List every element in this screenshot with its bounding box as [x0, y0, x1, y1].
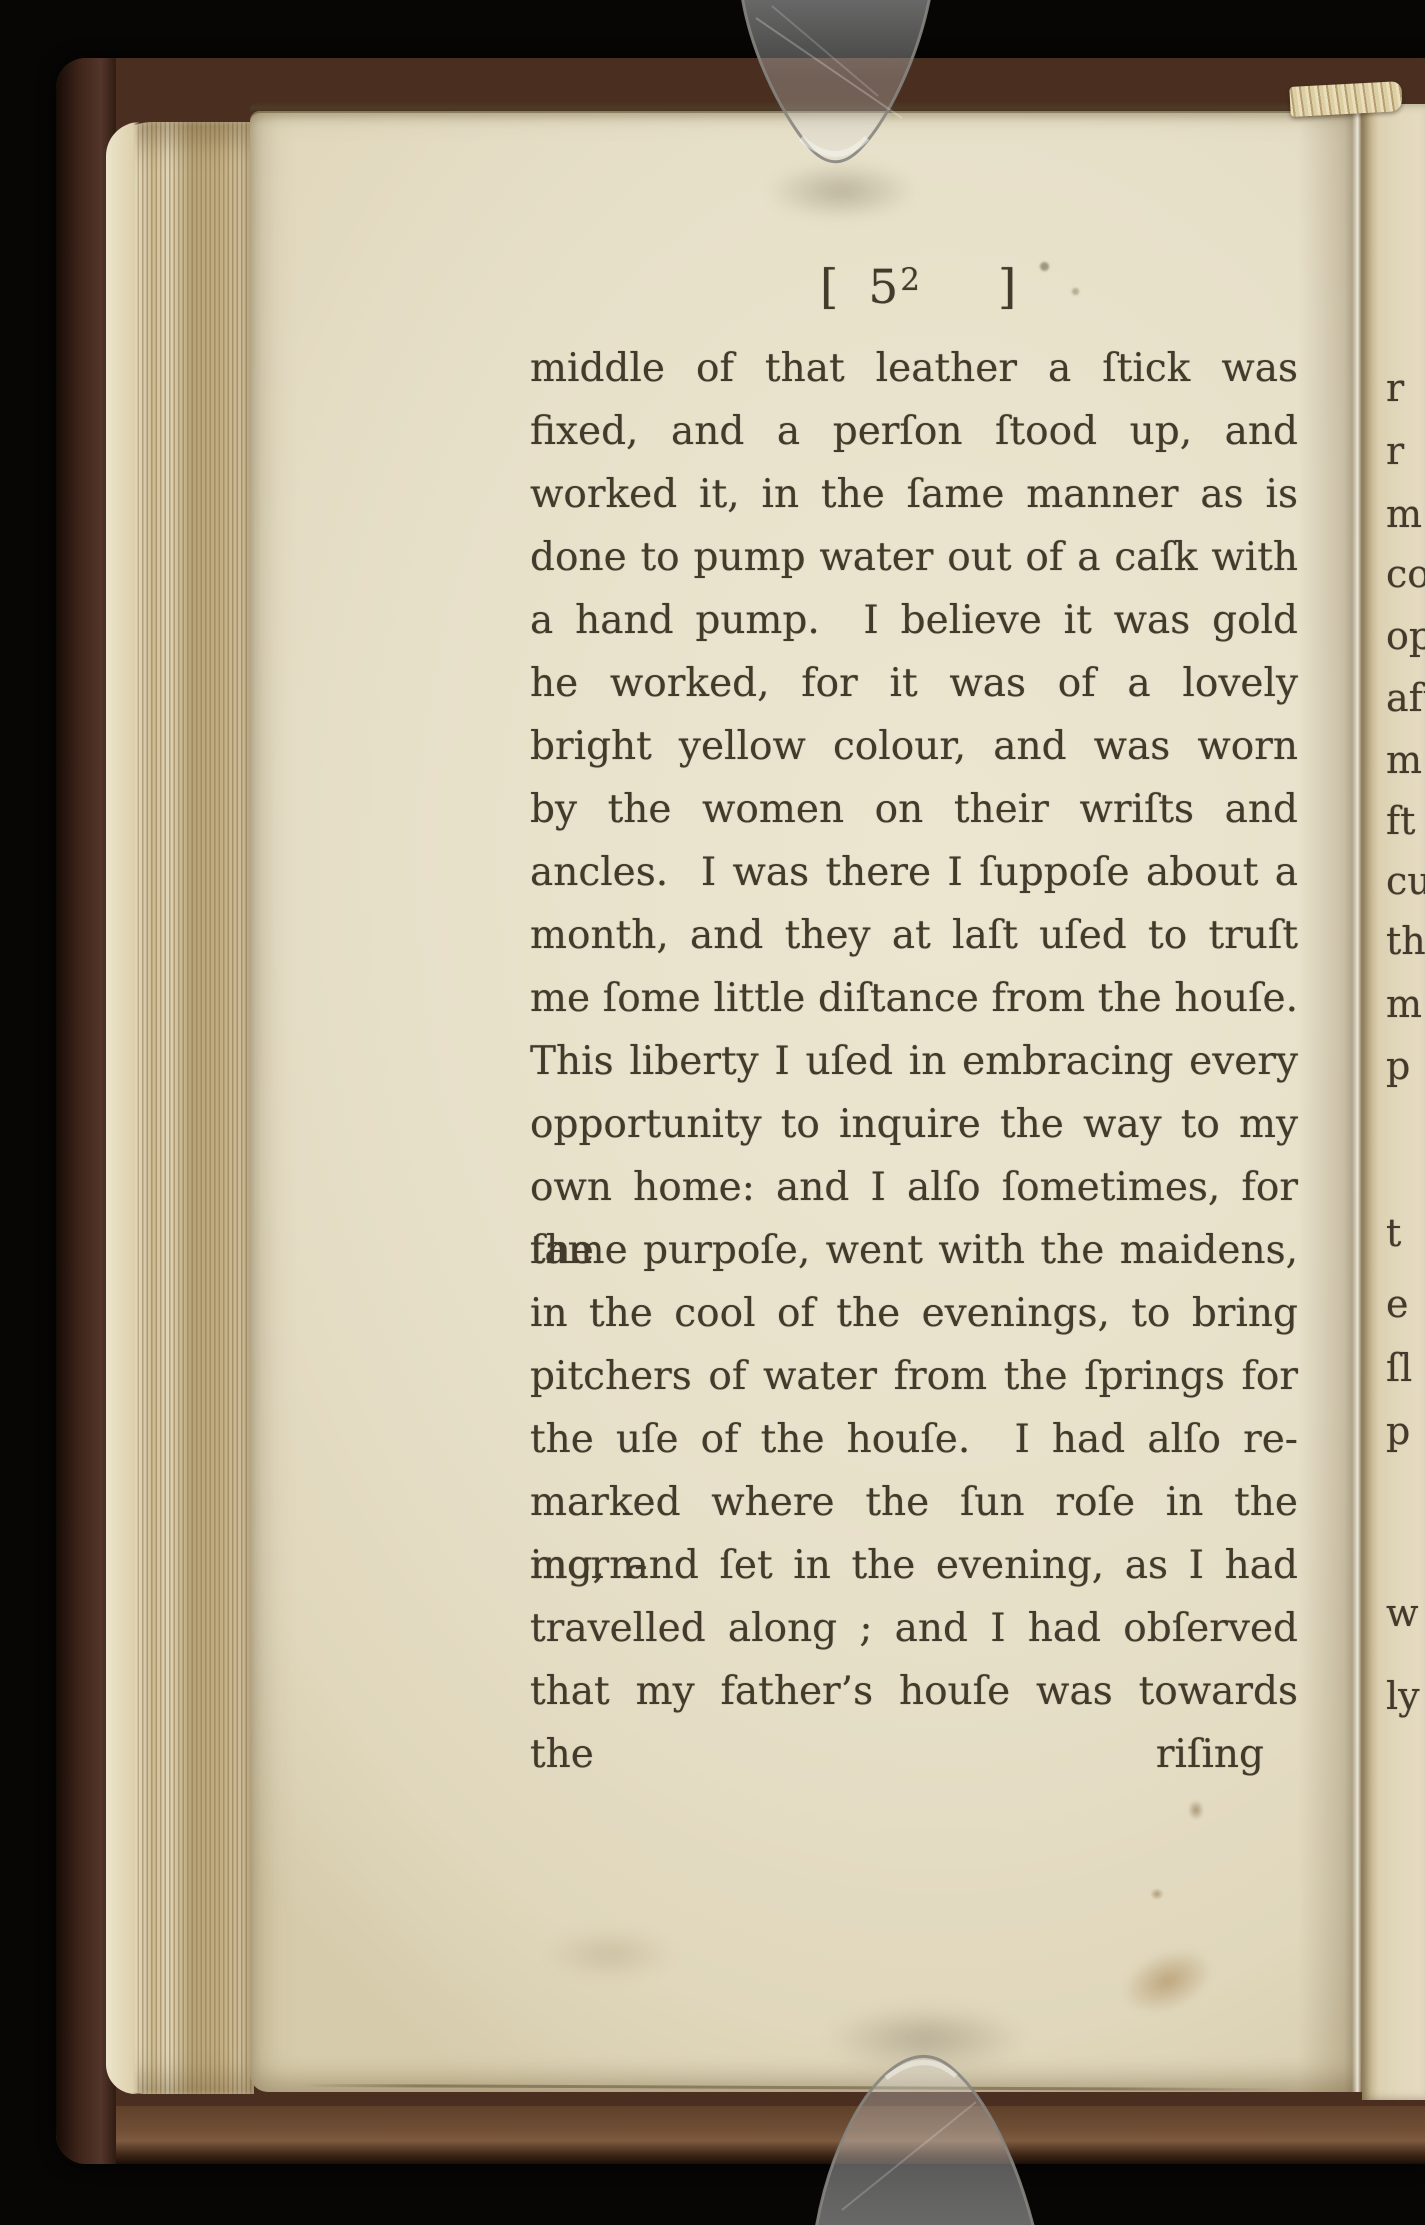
text-line: middle of that leather a ſtick was	[530, 337, 1298, 400]
text-line: worked it, in the ſame manner as is	[530, 463, 1298, 526]
text-line: he worked, for it was of a lovely	[530, 652, 1298, 715]
ink-speck	[1072, 288, 1079, 295]
facing-text-fragment: aft	[1386, 676, 1425, 720]
facing-text-fragment: m	[1386, 492, 1422, 536]
text-line: marked where the ſun roſe in the morn-	[530, 1471, 1298, 1534]
facing-text-fragment: ſl	[1386, 1346, 1412, 1390]
header-open-bracket: [	[820, 260, 838, 315]
strap-shadow	[766, 162, 916, 220]
paper-stain	[545, 1928, 675, 1980]
text-line: ancles. I was there I ſuppoſe about a	[530, 841, 1298, 904]
facing-text-fragment: p	[1386, 1044, 1410, 1088]
page-stack-fore-edge	[106, 122, 254, 2094]
paper-stain	[1150, 1888, 1164, 1900]
text-line: the uſe of the houſe. I had alſo re-	[530, 1408, 1298, 1471]
text-line: travelled along ; and I had obſerved	[530, 1597, 1298, 1660]
text-line: done to pump water out of a caſk with	[530, 526, 1298, 589]
text-line: opportunity to inquire the way to my	[530, 1093, 1298, 1156]
outer-page-edge	[106, 122, 140, 2094]
page-right-edge-highlight	[1352, 108, 1362, 2092]
text-line: a hand pump. I believe it was gold	[530, 589, 1298, 652]
facing-fragments: rrmcoopaftmftcuthmpteſlpwly	[1386, 0, 1425, 2225]
page-number-digit: 5	[868, 260, 898, 315]
text-line: that my father’s houſe was towards the	[530, 1660, 1298, 1723]
facing-text-fragment: e	[1386, 1282, 1409, 1326]
facing-text-fragment: co	[1386, 552, 1425, 596]
page-number-header: [52]	[820, 260, 1016, 316]
book-photograph: [52] middle of that leather a ſtick wasf…	[0, 0, 1425, 2225]
header-close-bracket: ]	[998, 260, 1016, 315]
facing-text-fragment: ly	[1386, 1674, 1420, 1718]
ink-speck	[1040, 262, 1049, 271]
text-line: own home: and I alſo ſometimes, for the	[530, 1156, 1298, 1219]
facing-text-fragment: op	[1386, 614, 1425, 658]
text-line: ſame purpoſe, went with the maidens,	[530, 1219, 1298, 1282]
text-line: in the cool of the evenings, to bring	[530, 1282, 1298, 1345]
text-line: me ſome little diſtance from the houſe.	[530, 967, 1298, 1030]
facing-text-fragment: m	[1386, 982, 1422, 1026]
text-line: pitchers of water from the ſprings for	[530, 1345, 1298, 1408]
text-line: ing, and ſet in the evening, as I had	[530, 1534, 1298, 1597]
text-line: bright yellow colour, and was worn	[530, 715, 1298, 778]
text-line: fixed, and a perſon ſtood up, and	[530, 400, 1298, 463]
facing-text-fragment: r	[1386, 429, 1404, 473]
catchword: riſing	[530, 1723, 1298, 1786]
facing-text-fragment: m	[1386, 738, 1422, 782]
facing-text-fragment: th	[1386, 919, 1425, 963]
facing-text-fragment: ft	[1386, 799, 1415, 843]
facing-text-fragment: t	[1386, 1211, 1401, 1255]
page-number-superscript: 2	[900, 262, 920, 298]
facing-text-fragment: p	[1386, 1409, 1410, 1453]
text-line: month, and they at laſt uſed to truſt	[530, 904, 1298, 967]
facing-text-fragment: w	[1386, 1591, 1419, 1635]
facing-text-fragment: r	[1386, 366, 1404, 410]
text-line: by the women on their wriſts and	[530, 778, 1298, 841]
paper-stain	[1188, 1800, 1204, 1820]
text-block: middle of that leather a ſtick wasfixed,…	[530, 337, 1298, 1723]
facing-text-fragment: cu	[1386, 859, 1425, 903]
leather-cover-bottom-edge	[56, 2106, 1425, 2164]
text-line: This liberty I uſed in embracing every	[530, 1030, 1298, 1093]
strap-shadow	[826, 2006, 1026, 2072]
